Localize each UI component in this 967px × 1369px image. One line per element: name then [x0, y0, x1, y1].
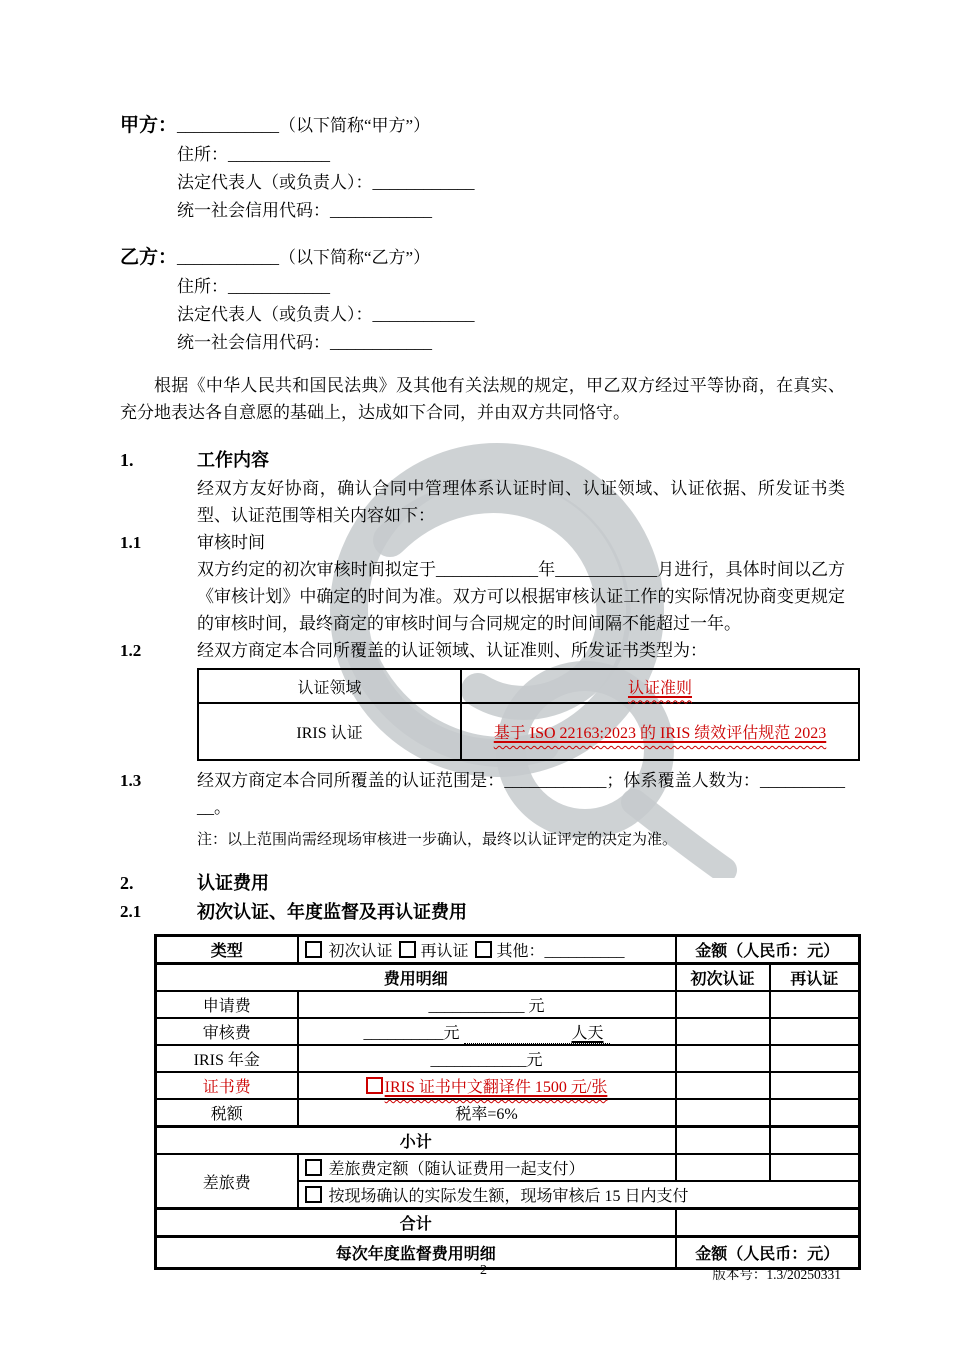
cert-field-header: 认证领域 [198, 669, 461, 703]
subtotal-first-cell [676, 1127, 770, 1155]
iris-criteria-cell: 基于 ISO 22163:2023 的 IRIS 绩效评估规范 2023 [461, 703, 859, 760]
apply-first-cell [676, 991, 770, 1018]
section-1-3-body: 经双方商定本合同所覆盖的认证范围是：____________；体系覆盖人数为：_… [197, 767, 845, 821]
contract-page: 甲方：____________（以下简称“甲方”） 住所：___________… [0, 0, 967, 1369]
audit-fee-unit-mandays: 人天 [571, 1025, 603, 1042]
party-b-name-line: 乙方：____________（以下简称“乙方”） [120, 242, 865, 273]
scope-note: 注：以上范围尚需经现场审核进一步确认，最终以认证评定的决定为准。 [197, 829, 865, 851]
fee-table: 类型 初次认证 再认证 其他：__________ 金额（人民币：元） 费用明细… [154, 934, 861, 1270]
audit-fee-label: 审核费 [156, 1018, 298, 1045]
type-label: 类型 [156, 936, 298, 964]
legal-rep-label: 法定代表人（或负责人）： [177, 173, 373, 192]
document-body: 甲方：____________（以下简称“甲方”） 住所：___________… [120, 110, 865, 1270]
checkbox-travel-actual[interactable] [305, 1186, 322, 1203]
audit-recert-cell [770, 1018, 860, 1045]
travel-opt2-cell: 按现场确认的实际发生额，现场审核后 15 日内支付 [298, 1181, 860, 1209]
cert-criteria-header: 认证准则 [461, 669, 859, 703]
col-recert: 再认证 [770, 964, 860, 992]
travel-recert-cell [770, 1154, 860, 1181]
headcount-text: ；体系覆盖人数为： [606, 771, 760, 790]
tax-first-cell [676, 1099, 770, 1127]
total-amount-cell [676, 1209, 860, 1237]
section-1-heading: 1. 工作内容 [120, 446, 865, 475]
checkbox-first-cert[interactable] [305, 941, 322, 958]
address-blank: ____________ [228, 277, 330, 296]
fee-type-row: 类型 初次认证 再认证 其他：__________ 金额（人民币：元） [156, 936, 860, 964]
cert-translation-text: IRIS 证书中文翻译件 1500 元/张 [385, 1079, 608, 1096]
audit-time-text: 双方约定的初次审核时间拟定于 [197, 560, 436, 579]
month-blank: ____________ [555, 560, 657, 579]
audit-fee-row: 审核费 __________元 人天 [156, 1018, 860, 1045]
apply-fee-row: 申请费 ____________ 元 [156, 991, 860, 1018]
party-a-label: 甲方： [120, 115, 177, 136]
section-2-number: 2. [120, 869, 197, 898]
travel-opt2-text: 按现场确认的实际发生额，现场审核后 15 日内支付 [329, 1188, 689, 1205]
travel-opt1-text: 差旅费定额（随认证费用一起支付） [329, 1161, 585, 1178]
apply-fee-label: 申请费 [156, 991, 298, 1018]
tax-label: 税额 [156, 1099, 298, 1127]
party-a-address-line: 住所：____________ [177, 141, 865, 169]
other-blank: __________ [545, 943, 625, 960]
version-label: 版本号：1.3/20250331 [712, 1263, 841, 1283]
audit-fee-value: __________元 人天 [298, 1018, 676, 1045]
party-b-block: 乙方：____________（以下简称“乙方”） 住所：___________… [120, 242, 865, 357]
section-1-1-body-row: 双方约定的初次审核时间拟定于____________年____________月… [120, 556, 865, 637]
apply-fee-unit: 元 [528, 998, 544, 1015]
section-1-2-lead: 经双方商定本合同所覆盖的认证领域、认证准则、所发证书类型为： [197, 637, 845, 664]
annuity-unit: 元 [526, 1052, 542, 1069]
address-label: 住所： [177, 145, 228, 164]
party-a-block: 甲方：____________（以下简称“甲方”） 住所：___________… [120, 110, 865, 225]
section-1-1-title: 审核时间 [197, 529, 845, 556]
criteria-header-row: 认证领域 认证准则 [198, 669, 859, 703]
checkbox-cert-translation[interactable] [366, 1077, 383, 1094]
uscc-blank: ____________ [330, 333, 432, 352]
travel-fee-label: 差旅费 [156, 1154, 298, 1209]
preamble-paragraph: 根据《中华人民共和国民法典》及其他有关法规的规定，甲乙双方经过平等协商，在真实、… [120, 372, 845, 426]
subtotal-row: 小计 [156, 1127, 860, 1155]
party-a-alias: （以下简称“甲方”） [279, 116, 430, 135]
uscc-label: 统一社会信用代码： [177, 201, 330, 220]
address-blank: ____________ [228, 145, 330, 164]
total-label: 合计 [156, 1209, 676, 1237]
section-2-1-title: 初次认证、年度监督及再认证费用 [197, 898, 467, 927]
detail-header: 费用明细 [156, 964, 676, 992]
legal-rep-label: 法定代表人（或负责人）： [177, 305, 373, 324]
year-unit: 年 [538, 560, 555, 579]
section-2-heading: 2. 认证费用 [120, 869, 865, 898]
section-1-3-row: 1.3 经双方商定本合同所覆盖的认证范围是：____________；体系覆盖人… [120, 767, 865, 821]
cert-first-cell [676, 1072, 770, 1099]
cert-fee-value: IRIS 证书中文翻译件 1500 元/张 [298, 1072, 676, 1099]
travel-fee-row-1: 差旅费 差旅费定额（随认证费用一起支付） [156, 1154, 860, 1181]
cert-criteria-header-text: 认证准则 [628, 680, 692, 697]
section-1-intro-row: 经双方友好协商，确认合同中管理体系认证时间、认证领域、认证依据、所发证书类型、认… [120, 475, 865, 529]
audit-first-cell [676, 1018, 770, 1045]
section-1-number: 1. [120, 446, 197, 475]
section-2-1-heading: 2.1 初次认证、年度监督及再认证费用 [120, 898, 865, 927]
party-a-name-blank: ____________ [177, 116, 279, 135]
audit-fee-blank: __________ [363, 1025, 443, 1042]
apply-fee-blank: ____________ [428, 998, 524, 1015]
party-a-name-line: 甲方：____________（以下简称“甲方”） [120, 110, 865, 141]
iris-annuity-label: IRIS 年金 [156, 1045, 298, 1072]
section-1-2-number: 1.2 [120, 637, 197, 664]
total-row: 合计 [156, 1209, 860, 1237]
certification-criteria-table: 认证领域 认证准则 IRIS 认证 基于 ISO 22163:2023 的 IR… [197, 668, 860, 761]
party-b-uscc-line: 统一社会信用代码：____________ [177, 329, 865, 357]
iris-criteria-text: 基于 ISO 22163:2023 的 IRIS 绩效评估规范 2023 [494, 725, 826, 742]
section-1-3-number: 1.3 [120, 767, 197, 794]
scope-text: 经双方商定本合同所覆盖的认证范围是： [197, 771, 504, 790]
party-a-rep-line: 法定代表人（或负责人）：____________ [177, 169, 865, 197]
party-b-alias: （以下简称“乙方”） [279, 248, 430, 267]
iris-annuity-value: ____________元 [298, 1045, 676, 1072]
iris-annuity-row: IRIS 年金 ____________元 [156, 1045, 860, 1072]
subtotal-recert-cell [770, 1127, 860, 1155]
cert-recert-cell [770, 1072, 860, 1099]
checkbox-recert[interactable] [399, 941, 416, 958]
section-1-1-body: 双方约定的初次审核时间拟定于____________年____________月… [197, 556, 845, 637]
col-first-cert: 初次认证 [676, 964, 770, 992]
annuity-recert-cell [770, 1045, 860, 1072]
sentence-end: 。 [214, 798, 231, 817]
apply-recert-cell [770, 991, 860, 1018]
annuity-first-cell [676, 1045, 770, 1072]
tax-row: 税额 税率=6% [156, 1099, 860, 1127]
iris-cert-cell: IRIS 认证 [198, 703, 461, 760]
uscc-label: 统一社会信用代码： [177, 333, 330, 352]
checkbox-travel-fixed[interactable] [305, 1159, 322, 1176]
section-1-1-number: 1.1 [120, 529, 197, 556]
criteria-value-row: IRIS 认证 基于 ISO 22163:2023 的 IRIS 绩效评估规范 … [198, 703, 859, 760]
opt-first-cert-label: 初次认证 [329, 943, 393, 960]
party-b-rep-line: 法定代表人（或负责人）：____________ [177, 301, 865, 329]
mandays-dotted-blank: 人天 [464, 1020, 610, 1044]
cert-fee-row: 证书费 IRIS 证书中文翻译件 1500 元/张 [156, 1072, 860, 1099]
annuity-blank: ____________ [430, 1052, 526, 1069]
section-2-1-number: 2.1 [120, 898, 197, 925]
type-options-cell: 初次认证 再认证 其他：__________ [298, 936, 676, 964]
uscc-blank: ____________ [330, 201, 432, 220]
cert-fee-label: 证书费 [156, 1072, 298, 1099]
party-b-label: 乙方： [120, 247, 177, 268]
fee-detail-header-row: 费用明细 初次认证 再认证 [156, 964, 860, 992]
scope-blank: ____________ [504, 771, 606, 790]
address-label: 住所： [177, 277, 228, 296]
tax-recert-cell [770, 1099, 860, 1127]
subtotal-label: 小计 [156, 1127, 676, 1155]
party-a-uscc-line: 统一社会信用代码：____________ [177, 197, 865, 225]
tax-value: 税率=6% [298, 1099, 676, 1127]
party-b-name-blank: ____________ [177, 248, 279, 267]
apply-fee-value: ____________ 元 [298, 991, 676, 1018]
amount-header: 金额（人民币：元） [676, 936, 860, 964]
legal-rep-blank: ____________ [373, 305, 475, 324]
audit-fee-unit-yuan: 元 [443, 1025, 459, 1042]
travel-opt1-cell: 差旅费定额（随认证费用一起支付） [298, 1154, 676, 1181]
party-b-address-line: 住所：____________ [177, 273, 865, 301]
year-blank: ____________ [436, 560, 538, 579]
section-2-title: 认证费用 [197, 869, 269, 898]
opt-recert-label: 再认证 [421, 943, 469, 960]
opt-other-label: 其他： [497, 943, 545, 960]
section-1-intro: 经双方友好协商，确认合同中管理体系认证时间、认证领域、认证依据、所发证书类型、认… [197, 475, 845, 529]
section-1-1-heading: 1.1 审核时间 [120, 529, 865, 556]
section-1-title: 工作内容 [197, 446, 269, 475]
travel-first-cell [676, 1154, 770, 1181]
checkbox-other[interactable] [475, 941, 492, 958]
legal-rep-blank: ____________ [373, 173, 475, 192]
section-1-2-heading: 1.2 经双方商定本合同所覆盖的认证领域、认证准则、所发证书类型为： [120, 637, 865, 664]
